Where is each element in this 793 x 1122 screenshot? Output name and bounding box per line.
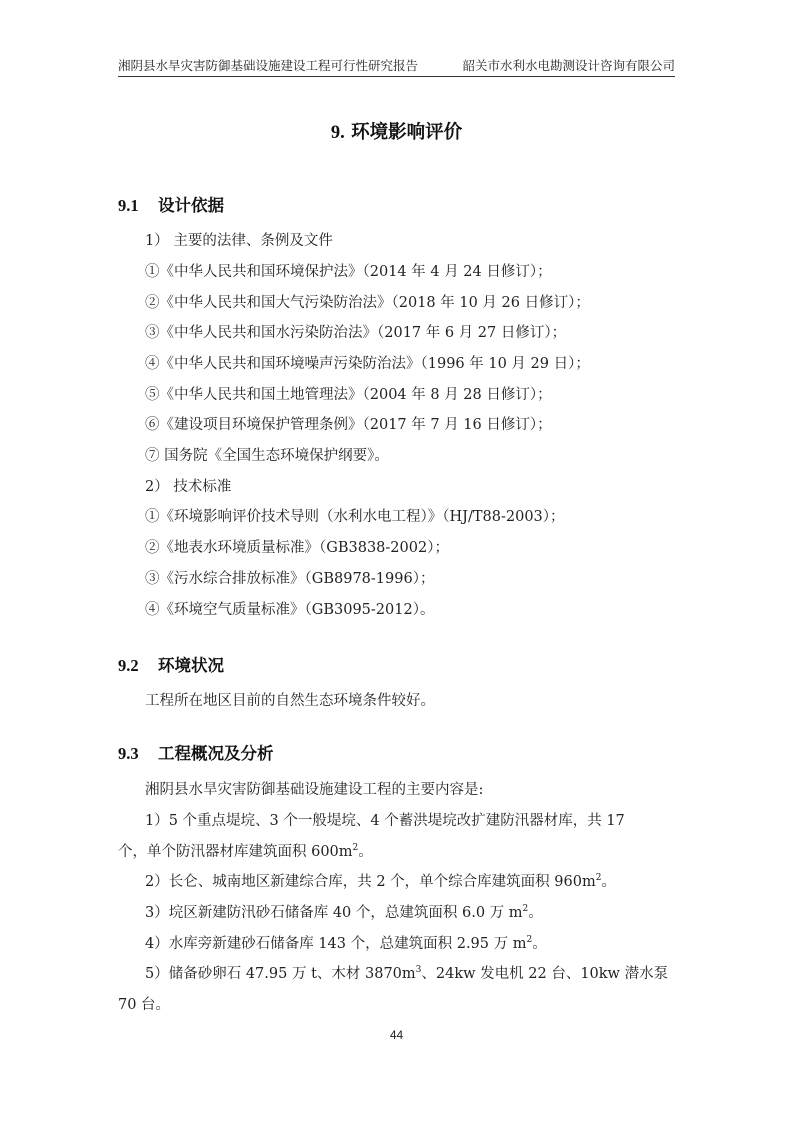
standard-item: ③《污水综合排放标准》（GB8978-1996）； — [145, 567, 434, 588]
list-item-1-line1: 1）5 个重点堤垸、3 个一般堤垸、4 个蓄洪堤垸改扩建防汛器材库，共 17 — [145, 809, 625, 830]
text: 5）储备砂卵石 47.95 万 t、木材 3870m — [145, 966, 416, 982]
list-item-2: 2）长仑、城南地区新建综合库，共 2 个，单个综合库建筑面积 960m2。 — [145, 870, 616, 891]
text: 3）垸区新建防汛砂石储备库 40 个，总建筑面积 6.0 万 m — [145, 905, 523, 921]
subheading-laws: 1） 主要的法律、条例及文件 — [145, 229, 333, 250]
text: 。 — [528, 905, 543, 921]
list-item-1-line2: 个，单个防汛器材库建筑面积 600m2。 — [118, 840, 373, 861]
text: 。 — [358, 844, 373, 860]
list-item-3: 3）垸区新建防汛砂石储备库 40 个，总建筑面积 6.0 万 m2。 — [145, 901, 543, 922]
section-title: 工程概况及分析 — [158, 744, 274, 763]
section-heading-9-1: 9.1设计依据 — [118, 192, 224, 216]
header-report-title: 湘阴县水旱灾害防御基础设施建设工程可行性研究报告 — [118, 56, 418, 74]
section-number: 9.1 — [118, 196, 158, 216]
standard-item: ④《环境空气质量标准》（GB3095-2012）。 — [145, 598, 434, 619]
chapter-number: 9. — [331, 123, 345, 143]
section-number: 9.3 — [118, 744, 158, 764]
page-header: 湘阴县水旱灾害防御基础设施建设工程可行性研究报告 韶关市水利水电勘测设计咨询有限… — [118, 56, 675, 77]
law-item: ②《中华人民共和国大气污染防治法》（2018 年 10 月 26 日修订）； — [145, 291, 590, 312]
paragraph: 工程所在地区目前的自然生态环境条件较好。 — [145, 689, 435, 710]
standard-item: ②《地表水环境质量标准》（GB3838-2002）； — [145, 536, 449, 557]
section-heading-9-2: 9.2环境状况 — [118, 652, 224, 676]
paragraph-intro: 湘阴县水旱灾害防御基础设施建设工程的主要内容是: — [145, 778, 483, 799]
list-item-5-line2: 70 台。 — [118, 993, 170, 1014]
chapter-title: 9. 环境影响评价 — [0, 118, 793, 144]
chapter-title-text: 环境影响评价 — [351, 122, 462, 143]
page-number: 44 — [0, 1028, 793, 1042]
text: 。 — [532, 936, 547, 952]
section-heading-9-3: 9.3工程概况及分析 — [118, 740, 274, 764]
law-item: ⑥《建设项目环境保护管理条例》（2017 年 7 月 16 日修订）； — [145, 413, 552, 434]
section-number: 9.2 — [118, 656, 158, 676]
text: 个，单个防汛器材库建筑面积 600m — [118, 844, 353, 860]
law-item: ⑤《中华人民共和国土地管理法》（2004 年 8 月 28 日修订）； — [145, 383, 552, 404]
standard-item: ①《环境影响评价技术导则（水利水电工程）》（HJ/T88-2003）； — [145, 505, 565, 526]
list-item-5-line1: 5）储备砂卵石 47.95 万 t、木材 3870m3、24kw 发电机 22 … — [145, 962, 668, 983]
text: 、24kw 发电机 22 台、10kw 潜水泵 — [421, 966, 668, 982]
text: 4）水库旁新建砂石储备库 143 个，总建筑面积 2.95 万 m — [145, 936, 526, 952]
section-title: 设计依据 — [158, 196, 224, 215]
law-item: ⑦ 国务院《全国生态环境保护纲要》。 — [145, 444, 389, 465]
text: 。 — [601, 874, 616, 890]
subheading-standards: 2） 技术标准 — [145, 475, 231, 496]
list-item-4: 4）水库旁新建砂石储备库 143 个，总建筑面积 2.95 万 m2。 — [145, 932, 547, 953]
section-title: 环境状况 — [158, 656, 224, 675]
law-item: ③《中华人民共和国水污染防治法》（2017 年 6 月 27 日修订）； — [145, 321, 566, 342]
text: 2）长仑、城南地区新建综合库，共 2 个，单个综合库建筑面积 960m — [145, 874, 596, 890]
header-company: 韶关市水利水电勘测设计咨询有限公司 — [462, 56, 675, 74]
law-item: ④《中华人民共和国环境噪声污染防治法》（1996 年 10 月 29 日）； — [145, 352, 590, 373]
law-item: ①《中华人民共和国环境保护法》（2014 年 4 月 24 日修订）； — [145, 260, 552, 281]
